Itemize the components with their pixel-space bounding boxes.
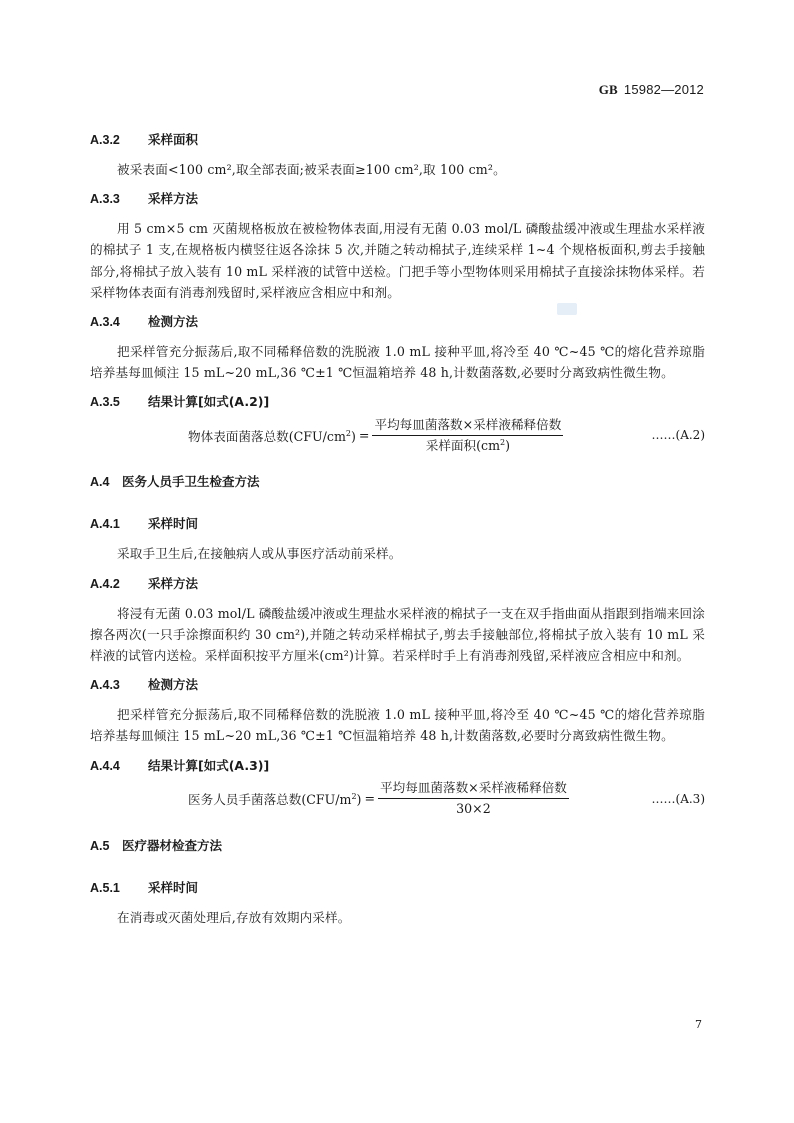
formula-lhs: 物体表面菌落总数(CFU/cm2) — [188, 426, 356, 445]
section-heading-a34: A.3.4检测方法 — [90, 312, 705, 332]
paragraph-a33: 用 5 cm×5 cm 灭菌规格板放在被检物体表面,用浸有无菌 0.03 mol… — [90, 218, 705, 303]
section-title: 医务人员手卫生检查方法 — [122, 474, 260, 489]
section-title: 采样时间 — [148, 516, 198, 531]
section-heading-a42: A.4.2采样方法 — [90, 574, 705, 594]
equals-sign: = — [359, 428, 370, 443]
fraction: 平均每皿菌落数×采样液稀释倍数 30×2 — [378, 779, 569, 818]
equation-tag: ……(A.3) — [652, 792, 705, 806]
formula-lhs: 医务人员手菌落总数(CFU/m2) — [188, 789, 361, 808]
page-header: GB15982—2012 — [599, 82, 704, 98]
section-title: 采样时间 — [148, 880, 198, 895]
document-body: A.3.2采样面积 被采表面<100 cm²,取全部表面;被采表面≥100 cm… — [90, 130, 705, 928]
paragraph-a34: 把采样管充分振荡后,取不同稀释倍数的洗脱液 1.0 mL 接种平皿,将冷至 40… — [90, 341, 705, 383]
section-number: A.4 — [90, 472, 122, 492]
section-title: 采样方法 — [148, 576, 198, 591]
section-number: A.3.2 — [90, 130, 148, 150]
standard-number: 15982—2012 — [624, 82, 704, 97]
section-title: 采样面积 — [148, 132, 198, 147]
section-number: A.3.3 — [90, 189, 148, 209]
denominator: 30×2 — [456, 799, 491, 818]
section-heading-a4: A.4医务人员手卫生检查方法 — [90, 472, 705, 492]
section-heading-a43: A.4.3检测方法 — [90, 675, 705, 695]
section-heading-a41: A.4.1采样时间 — [90, 514, 705, 534]
denominator: 采样面积(cm2) — [426, 436, 510, 455]
section-title: 医疗器材检查方法 — [122, 838, 222, 853]
section-heading-a5: A.5医疗器材检查方法 — [90, 836, 705, 856]
standard-prefix: GB — [599, 82, 618, 97]
formula-a2: 物体表面菌落总数(CFU/cm2) = 平均每皿菌落数×采样液稀释倍数 采样面积… — [90, 412, 705, 458]
fraction: 平均每皿菌落数×采样液稀释倍数 采样面积(cm2) — [372, 416, 563, 455]
section-title: 结果计算[如式(A.3)] — [148, 758, 269, 773]
section-heading-a32: A.3.2采样面积 — [90, 130, 705, 150]
paragraph-a42: 将浸有无菌 0.03 mol/L 磷酸盐缓冲液或生理盐水采样液的棉拭子一支在双手… — [90, 603, 705, 667]
section-number: A.3.4 — [90, 312, 148, 332]
page-number: 7 — [695, 1018, 702, 1031]
section-number: A.4.3 — [90, 675, 148, 695]
equals-sign: = — [364, 791, 375, 806]
equation-tag: ……(A.2) — [652, 428, 705, 442]
paragraph-a51: 在消毒或灭菌处理后,存放有效期内采样。 — [90, 907, 705, 928]
section-title: 采样方法 — [148, 191, 198, 206]
section-heading-a35: A.3.5结果计算[如式(A.2)] — [90, 392, 705, 412]
section-number: A.4.1 — [90, 514, 148, 534]
section-title: 检测方法 — [148, 314, 198, 329]
section-number: A.4.4 — [90, 756, 148, 776]
section-number: A.5 — [90, 836, 122, 856]
section-heading-a33: A.3.3采样方法 — [90, 189, 705, 209]
numerator: 平均每皿菌落数×采样液稀释倍数 — [372, 416, 563, 436]
formula-a3: 医务人员手菌落总数(CFU/m2) = 平均每皿菌落数×采样液稀释倍数 30×2… — [90, 776, 705, 822]
numerator: 平均每皿菌落数×采样液稀释倍数 — [378, 779, 569, 799]
section-number: A.4.2 — [90, 574, 148, 594]
section-heading-a44: A.4.4结果计算[如式(A.3)] — [90, 756, 705, 776]
scan-watermark — [557, 303, 577, 315]
paragraph-a32: 被采表面<100 cm²,取全部表面;被采表面≥100 cm²,取 100 cm… — [90, 159, 705, 180]
section-title: 检测方法 — [148, 677, 198, 692]
paragraph-a43: 把采样管充分振荡后,取不同稀释倍数的洗脱液 1.0 mL 接种平皿,将冷至 40… — [90, 704, 705, 746]
section-number: A.5.1 — [90, 878, 148, 898]
paragraph-a41: 采取手卫生后,在接触病人或从事医疗活动前采样。 — [90, 543, 705, 564]
section-heading-a51: A.5.1采样时间 — [90, 878, 705, 898]
section-number: A.3.5 — [90, 392, 148, 412]
section-title: 结果计算[如式(A.2)] — [148, 394, 269, 409]
